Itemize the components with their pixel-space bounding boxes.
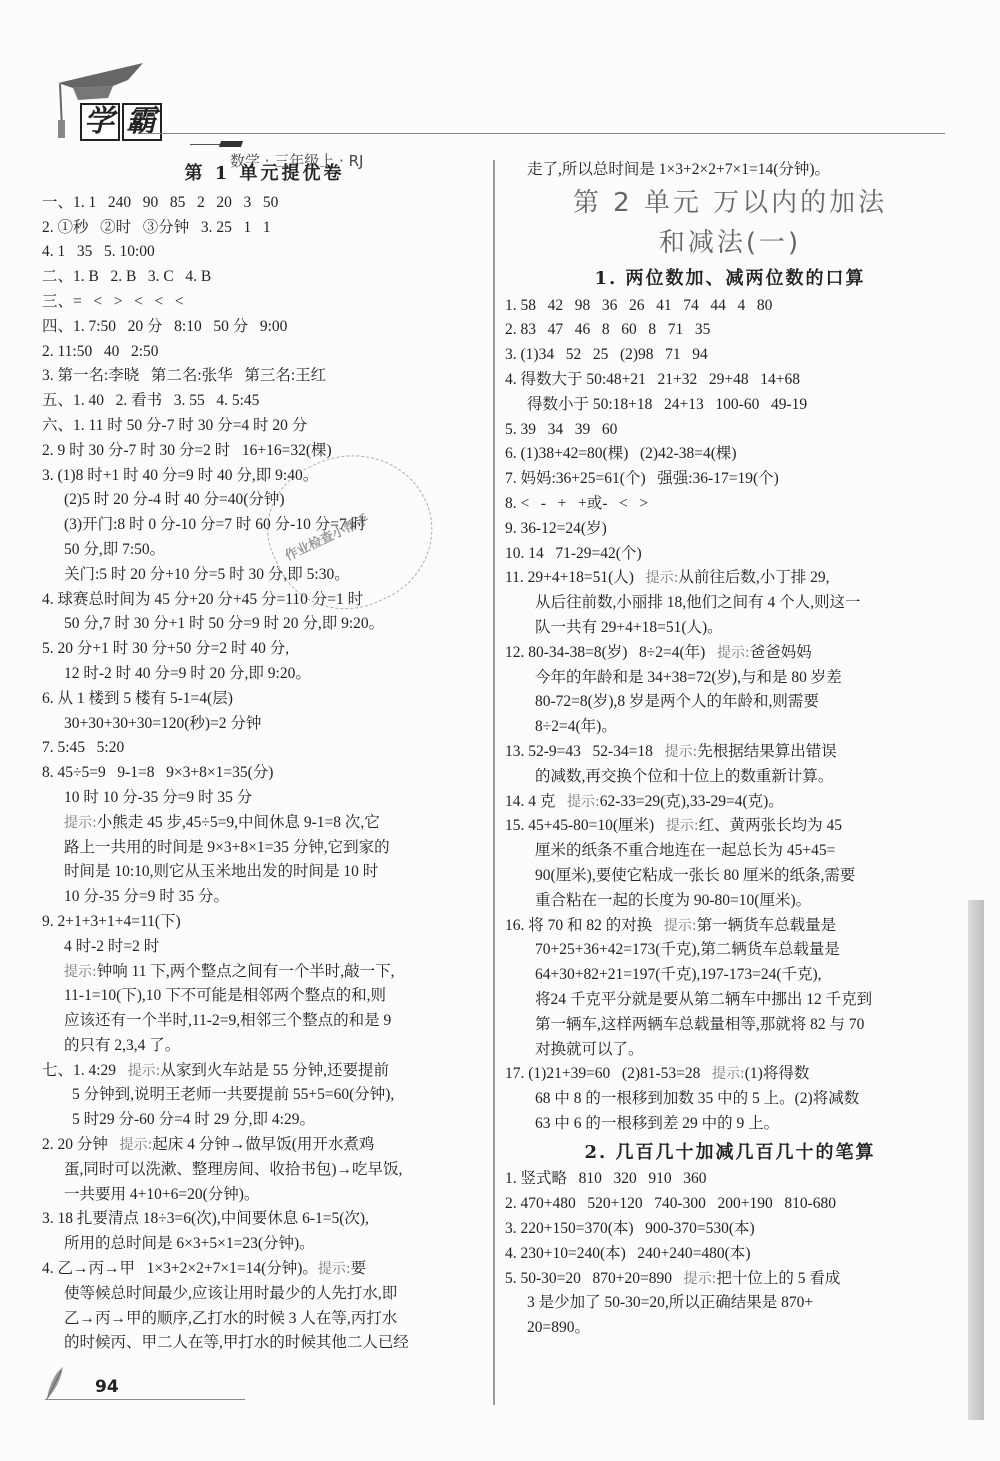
answer-text: 第一辆车,这样两辆车总载量相等,那就将 82 与 70 [535, 1016, 864, 1033]
answer-text: 20=890。 [527, 1319, 590, 1336]
answer-line: 11. 29+4+18=51(人) 提示:从前往后数,小丁排 29, [505, 566, 955, 591]
hint-text: 62-33=29(克),33-29=4(克)。 [600, 793, 784, 810]
answer-line: 三、= < > < < < [42, 290, 487, 315]
answer-line: 12. 80-34-38=8(岁) 8÷2=4(年) 提示:爸爸妈妈 [505, 641, 955, 666]
answer-text: 16. 将 70 和 82 的对换 [505, 917, 664, 934]
brand-logo: 学霸 [80, 103, 164, 141]
answer-line: 队一共有 29+4+18=51(人)。 [505, 616, 955, 641]
answer-line: 4. 乙→丙→甲 1×3+2×2+7×1=14(分钟)。提示:要 [42, 1257, 487, 1282]
answer-text: 三、= < > < < < [42, 293, 184, 310]
answer-line: 厘米的纸条不重合地连在一起总长为 45+45= [505, 839, 955, 864]
answer-text: 厘米的纸条不重合地连在一起总长为 45+45= [535, 842, 835, 859]
answer-text: 2. 470+480 520+120 740-300 200+190 810-6… [505, 1195, 836, 1212]
answer-text: 今年的年龄和是 34+38=72(岁),与和是 80 岁差 [535, 669, 842, 686]
answer-line: 2. ①秒 ②时 ③分钟 3. 25 1 1 [42, 216, 487, 241]
hint-label: 提示: [646, 570, 679, 586]
answer-text: 5. 50-30=20 870+20=890 [505, 1270, 684, 1287]
answer-text: (2)5 时 20 分-4 时 40 分=40(分钟) [64, 491, 285, 508]
answer-line: 4. 230+10=240(本) 240+240=480(本) [505, 1242, 955, 1267]
answer-text: 7. 妈妈:36+25=61(个) 强强:36-17=19(个) [505, 470, 779, 487]
answer-text: 六、1. 11 时 50 分-7 时 30 分=4 时 20 分 [42, 417, 307, 434]
answer-line: 1. 58 42 98 36 26 41 74 44 4 80 [505, 294, 955, 319]
answer-text: 1. 竖式略 810 320 910 360 [505, 1170, 707, 1187]
answer-text: 3. (1)34 52 25 (2)98 71 94 [505, 346, 708, 363]
answer-text: 重合粘在一起的长度为 90-80=10(厘米)。 [535, 892, 811, 909]
answer-line: 今年的年龄和是 34+38=72(岁),与和是 80 岁差 [505, 666, 955, 691]
answer-line: 所用的总时间是 6×3+5×1=23(分钟)。 [42, 1232, 487, 1257]
logo-char-2: 霸 [122, 103, 162, 141]
answer-line: 提示:钟响 11 下,两个整点之间有一个半时,敲一下, [42, 960, 487, 985]
answer-line: 5. 20 分+1 时 30 分+50 分=2 时 40 分, [42, 637, 487, 662]
answer-text: 时间是 10:10,则它从玉米地出发的时间是 10 时 [64, 863, 378, 880]
continuation-line: 走了,所以总时间是 1×3+2×2+7×1=14(分钟)。 [505, 158, 955, 183]
answer-line: 30+30+30+30=120(秒)=2 分钟 [42, 712, 487, 737]
answer-text: 10 时 10 分-35 分=9 时 35 分 [64, 789, 252, 806]
answer-text: 80-72=8(岁),8 岁是两个人的年龄和,则需要 [535, 693, 819, 710]
answer-line: 1. 竖式略 810 320 910 360 [505, 1167, 955, 1192]
answer-line: 10. 14 71-29=42(个) [505, 542, 955, 567]
answer-line: 6. (1)38+42=80(棵) (2)42-38=4(棵) [505, 442, 955, 467]
answer-line: 5 分钟到,说明王老师一共要提前 55+5=60(分钟), [42, 1083, 487, 1108]
hint-text: 先根据结果算出错误 [697, 743, 837, 760]
answer-text: 3. (1)8 时+1 时 40 分=9 时 40 分,即 9:40。 [42, 467, 318, 484]
answer-text: 1. 58 42 98 36 26 41 74 44 4 80 [505, 297, 772, 314]
answer-text: 五、1. 40 2. 看书 3. 55 4. 5:45 [42, 392, 259, 409]
answer-text: 从后往前数,小丽排 18,他们之间有 4 个人,则这一 [535, 594, 861, 611]
answer-line: 3. 18 扎要清点 18÷3=6(次),中间要休息 6-1=5(次), [42, 1207, 487, 1232]
answer-line: 8÷2=4(年)。 [505, 715, 955, 740]
answer-text: 9. 2+1+3+1+4=11(下) [42, 913, 181, 930]
answer-line: 第一辆车,这样两辆车总载量相等,那就将 82 与 70 [505, 1013, 955, 1038]
answer-text: 8. < - + +或- < > [505, 495, 648, 512]
answer-text: 二、1. B 2. B 3. C 4. B [42, 268, 211, 285]
hint-label: 提示: [120, 1137, 153, 1153]
answer-text: 蛋,同时可以洗漱、整理房间、收拾书包)→吃早饭, [64, 1161, 402, 1178]
answer-text: 11. 29+4+18=51(人) [505, 569, 646, 586]
feather-icon [45, 1365, 65, 1401]
answer-text: 13. 52-9=43 52-34=18 [505, 743, 665, 760]
answer-text: 得数小于 50:18+18 24+13 100-60 49-19 [527, 396, 807, 413]
answer-line: 50 分,7 时 30 分+1 时 50 分=9 时 20 分,即 9:20。 [42, 612, 487, 637]
page-edge-shadow [968, 900, 984, 1420]
answer-line: 六、1. 11 时 50 分-7 时 30 分=4 时 20 分 [42, 414, 487, 439]
answer-line: 使等候总时间最少,应该让用时最少的人先打水,即 [42, 1282, 487, 1307]
answer-line: 蛋,同时可以洗漱、整理房间、收拾书包)→吃早饭, [42, 1158, 487, 1183]
hint-label: 提示: [64, 815, 97, 831]
answer-line: 3. 第一名:李晓 第二名:张华 第三名:王红 [42, 364, 487, 389]
hint-text: 把十位上的 5 看成 [716, 1270, 840, 1287]
section-2-answers: 1. 竖式略 810 320 910 3602. 470+480 520+120… [505, 1167, 955, 1341]
hint-text: 要 [351, 1260, 367, 1277]
answer-text: 2. 83 47 46 8 60 8 71 35 [505, 321, 710, 338]
answer-text: 钟响 11 下,两个整点之间有一个半时,敲一下, [97, 963, 395, 980]
answer-text: 3 是少加了 50-30=20,所以正确结果是 870+ [527, 1294, 813, 1311]
answer-line: 90(厘米),要使它粘成一张长 80 厘米的纸条,需要 [505, 864, 955, 889]
hint-text: 从前往后数,小丁排 29, [678, 569, 829, 586]
answer-line: 4. 得数大于 50:48+21 21+32 29+48 14+68 [505, 368, 955, 393]
answer-line: 4 时-2 时=2 时 [42, 935, 487, 960]
answer-text: 12. 80-34-38=8(岁) 8÷2=4(年) [505, 644, 717, 661]
hint-text: (1)将得数 [745, 1065, 810, 1082]
answer-text: 一、1. 1 240 90 85 2 20 3 50 [42, 194, 278, 211]
answer-text: 小熊走 45 步,45÷5=9,中间休息 9-1=8 次,它 [97, 814, 380, 831]
answer-text: 4 时-2 时=2 时 [64, 938, 159, 955]
answer-text: 5 分钟到,说明王老师一共要提前 55+5=60(分钟), [72, 1086, 394, 1103]
answer-text: 4. 1 35 5. 10:00 [42, 243, 155, 260]
answer-line: 从后往前数,小丽排 18,他们之间有 4 个人,则这一 [505, 591, 955, 616]
answer-text: 4. 230+10=240(本) 240+240=480(本) [505, 1245, 751, 1262]
answer-line: 3. (1)34 52 25 (2)98 71 94 [505, 343, 955, 368]
answer-text: 70+25+36+42=173(千克),第二辆货车总载量是 [535, 941, 840, 958]
answer-text: 应该还有一个半时,11-2=9,相邻三个整点的和是 9 [64, 1012, 391, 1029]
logo-line [190, 144, 220, 145]
answer-text: 9. 36-12=24(岁) [505, 520, 607, 537]
answer-text: 11-1=10(下),10 下不可能是相邻两个整点的和,则 [64, 987, 386, 1004]
answer-line: 2. 11:50 40 2:50 [42, 340, 487, 365]
answer-text: 将24 千克平分就是要从第二辆车中挪出 12 千克到 [535, 991, 872, 1008]
answer-line: 7. 妈妈:36+25=61(个) 强强:36-17=19(个) [505, 467, 955, 492]
answer-line: 一共要用 4+10+6=20(分钟)。 [42, 1183, 487, 1208]
answer-line: 提示:小熊走 45 步,45÷5=9,中间休息 9-1=8 次,它 [42, 811, 487, 836]
answer-text: 10. 14 71-29=42(个) [505, 545, 642, 562]
hint-text: 第一辆货车总载量是 [697, 917, 837, 934]
answer-line: 3 是少加了 50-30=20,所以正确结果是 870+ [505, 1291, 955, 1316]
page-header: 学霸 数学 · 三年级上 · RJ [40, 40, 980, 140]
unit-1-title: 第 1 单元提优卷 [42, 162, 487, 187]
answer-text: 15. 45+45-80=10(厘米) [505, 817, 666, 834]
answer-line: 五、1. 40 2. 看书 3. 55 4. 5:45 [42, 389, 487, 414]
answer-text: 2. ①秒 ②时 ③分钟 3. 25 1 1 [42, 219, 271, 236]
hint-text: 起床 4 分钟→做早饭(用开水煮鸡 [152, 1136, 374, 1153]
answer-line: 64+30+82+21=197(千克),197-173=24(千克), [505, 963, 955, 988]
answer-text: 对换就可以了。 [535, 1041, 644, 1058]
answer-text: 2. 20 分钟 [42, 1136, 120, 1153]
answer-line: 路上一共用的时间是 9×3+8×1=35 分钟,它到家的 [42, 836, 487, 861]
answer-line: 63 中 6 的一根移到差 29 中的 9 上。 [505, 1112, 955, 1137]
answer-text: 63 中 6 的一根移到差 29 中的 9 上。 [535, 1115, 779, 1132]
answer-line: 14. 4 克 提示:62-33=29(克),33-29=4(克)。 [505, 790, 955, 815]
section-2-title: 2. 几百几十加减几百几十的笔算 [505, 1141, 955, 1166]
hint-label: 提示: [665, 744, 698, 760]
footer-rule [45, 1399, 245, 1400]
answer-text: 的减数,再交换个位和十位上的数重新计算。 [535, 768, 833, 785]
answer-line: 8. 45÷5=9 9-1=8 9×3+8×1=35(分) [42, 761, 487, 786]
answer-line: 一、1. 1 240 90 85 2 20 3 50 [42, 191, 487, 216]
answer-text: 50 分,7 时 30 分+1 时 50 分=9 时 20 分,即 9:20。 [64, 615, 384, 632]
answer-line: 二、1. B 2. B 3. C 4. B [42, 265, 487, 290]
answer-text: 8÷2=4(年)。 [535, 718, 617, 735]
answer-line: 得数小于 50:18+18 24+13 100-60 49-19 [505, 393, 955, 418]
chapter-2-title-line2: 和减法(一) [505, 223, 955, 263]
answer-line: 3. (1)8 时+1 时 40 分=9 时 40 分,即 9:40。 [42, 464, 487, 489]
answer-line: 2. 470+480 520+120 740-300 200+190 810-6… [505, 1192, 955, 1217]
answer-line: 重合粘在一起的长度为 90-80=10(厘米)。 [505, 889, 955, 914]
answer-line: 4. 球赛总时间为 45 分+20 分+45 分=110 分=1 时 [42, 588, 487, 613]
page-number: 94 [95, 1377, 119, 1397]
answer-line: 2. 83 47 46 8 60 8 71 35 [505, 318, 955, 343]
hint-label: 提示: [712, 1066, 745, 1082]
answer-text: 5. 39 34 39 60 [505, 421, 617, 438]
answer-text: 4. 乙→丙→甲 1×3+2×2+7×1=14(分钟)。 [42, 1260, 318, 1277]
answer-text: 5 时29 分-60 分=4 时 29 分,即 4:29。 [72, 1111, 315, 1128]
hint-label: 提示: [684, 1271, 717, 1287]
answer-line: 乙→丙→甲的顺序,乙打水的时候 3 人在等,丙打水 [42, 1307, 487, 1332]
answer-text: 8. 45÷5=9 9-1=8 9×3+8×1=35(分) [42, 764, 273, 781]
answer-text: 4. 得数大于 50:48+21 21+32 29+48 14+68 [505, 371, 800, 388]
answer-text: 3. 220+150=370(本) 900-370=530(本) [505, 1220, 755, 1237]
hint-label: 提示: [128, 1063, 161, 1079]
answer-text: 3. 18 扎要清点 18÷3=6(次),中间要休息 6-1=5(次), [42, 1210, 369, 1227]
answer-line: 3. 220+150=370(本) 900-370=530(本) [505, 1217, 955, 1242]
right-column: 走了,所以总时间是 1×3+2×2+7×1=14(分钟)。 第 2 单元 万以内… [505, 158, 955, 1341]
answer-text: 所用的总时间是 6×3+5×1=23(分钟)。 [64, 1235, 315, 1252]
logo-char-1: 学 [80, 103, 120, 141]
answer-line: 2. 20 分钟 提示:起床 4 分钟→做早饭(用开水煮鸡 [42, 1133, 487, 1158]
answer-line: 12 时-2 时 40 分=9 时 20 分,即 9:20。 [42, 662, 487, 687]
answer-line: 17. (1)21+39=60 (2)81-53=28 提示:(1)将得数 [505, 1062, 955, 1087]
answer-text: 6. (1)38+42=80(棵) (2)42-38=4(棵) [505, 445, 737, 462]
answer-text: 2. 9 时 30 分-7 时 30 分=2 时 16+16=32(棵) [42, 442, 332, 459]
answer-text: 50 分,即 7:50。 [64, 541, 165, 558]
answer-line: 7. 5:45 5:20 [42, 736, 487, 761]
answer-text: 路上一共用的时间是 9×3+8×1=35 分钟,它到家的 [64, 839, 390, 856]
answer-line: 的时候丙、甲二人在等,甲打水的时候其他二人已经 [42, 1331, 487, 1356]
answer-text: 10 分-35 分=9 时 35 分。 [64, 888, 229, 905]
answer-line: 6. 从 1 楼到 5 楼有 5-1=4(层) [42, 687, 487, 712]
answer-line: 5 时29 分-60 分=4 时 29 分,即 4:29。 [42, 1108, 487, 1133]
header-rule [140, 133, 945, 134]
answer-line: 20=890。 [505, 1316, 955, 1341]
hint-label: 提示: [717, 645, 750, 661]
answer-text: 使等候总时间最少,应该让用时最少的人先打水,即 [64, 1285, 397, 1302]
answer-line: 8. < - + +或- < > [505, 492, 955, 517]
answer-line: 2. 9 时 30 分-7 时 30 分=2 时 16+16=32(棵) [42, 439, 487, 464]
answer-text: 3. 第一名:李晓 第二名:张华 第三名:王红 [42, 367, 326, 384]
answer-line: 4. 1 35 5. 10:00 [42, 240, 487, 265]
section-1-answers: 1. 58 42 98 36 26 41 74 44 4 802. 83 47 … [505, 294, 955, 1137]
hint-text: 爸爸妈妈 [750, 644, 812, 661]
answer-text: 12 时-2 时 40 分=9 时 20 分,即 9:20。 [64, 665, 311, 682]
answer-line: 应该还有一个半时,11-2=9,相邻三个整点的和是 9 [42, 1009, 487, 1034]
answer-text: 一共要用 4+10+6=20(分钟)。 [64, 1186, 259, 1203]
chapter-2-title-line1: 第 2 单元 万以内的加法 [505, 183, 955, 223]
logo-dash [219, 141, 243, 147]
answer-text: 5. 20 分+1 时 30 分+50 分=2 时 40 分, [42, 640, 289, 657]
answer-line: 时间是 10:10,则它从玉米地出发的时间是 10 时 [42, 860, 487, 885]
hint-label: 提示: [666, 818, 699, 834]
hint-text: 从家到火车站是 55 分钟,还要提前 [160, 1062, 389, 1079]
unit-1-answers: 一、1. 1 240 90 85 2 20 3 502. ①秒 ②时 ③分钟 3… [42, 191, 487, 1356]
section-1-title: 1. 两位数加、减两位数的口算 [505, 267, 955, 292]
answer-line: 11-1=10(下),10 下不可能是相邻两个整点的和,则 [42, 984, 487, 1009]
answer-line: 5. 39 34 39 60 [505, 418, 955, 443]
answer-line: 四、1. 7:50 20 分 8:10 50 分 9:00 [42, 315, 487, 340]
answer-line: 将24 千克平分就是要从第二辆车中挪出 12 千克到 [505, 988, 955, 1013]
answer-line: 的只有 2,3,4 了。 [42, 1034, 487, 1059]
answer-line: 10 时 10 分-35 分=9 时 35 分 [42, 786, 487, 811]
stamp-text: 作业检查小帮手 [281, 509, 372, 565]
answer-text: 队一共有 29+4+18=51(人)。 [535, 619, 723, 636]
answer-line: 80-72=8(岁),8 岁是两个人的年龄和,则需要 [505, 690, 955, 715]
answer-line: 对换就可以了。 [505, 1038, 955, 1063]
answer-line: 的减数,再交换个位和十位上的数重新计算。 [505, 765, 955, 790]
answer-text: 30+30+30+30=120(秒)=2 分钟 [64, 715, 261, 732]
answer-text: 14. 4 克 [505, 793, 567, 810]
answer-text: 四、1. 7:50 20 分 8:10 50 分 9:00 [42, 318, 287, 335]
answer-text: 七、1. 4:29 [42, 1062, 128, 1079]
answer-line: 9. 2+1+3+1+4=11(下) [42, 910, 487, 935]
answer-line: 9. 36-12=24(岁) [505, 517, 955, 542]
answer-line: 15. 45+45-80=10(厘米) 提示:红、黄两张长均为 45 [505, 814, 955, 839]
answer-line: 13. 52-9=43 52-34=18 提示:先根据结果算出错误 [505, 740, 955, 765]
answer-text: 7. 5:45 5:20 [42, 739, 124, 756]
answer-line: 10 分-35 分=9 时 35 分。 [42, 885, 487, 910]
hint-label: 提示: [318, 1261, 351, 1277]
column-divider [493, 160, 495, 1405]
answer-line: 5. 50-30=20 870+20=890 提示:把十位上的 5 看成 [505, 1267, 955, 1292]
answer-text: 的只有 2,3,4 了。 [64, 1037, 180, 1054]
hint-label: 提示: [64, 964, 97, 980]
answer-text: 90(厘米),要使它粘成一张长 80 厘米的纸条,需要 [535, 867, 855, 884]
hint-text: 红、黄两张长均为 45 [699, 817, 842, 834]
answer-line: 16. 将 70 和 82 的对换 提示:第一辆货车总载量是 [505, 914, 955, 939]
answer-line: 70+25+36+42=173(千克),第二辆货车总载量是 [505, 938, 955, 963]
answer-text: 的时候丙、甲二人在等,甲打水的时候其他二人已经 [64, 1334, 409, 1351]
answer-text: 乙→丙→甲的顺序,乙打水的时候 3 人在等,丙打水 [64, 1310, 397, 1327]
answer-text: 17. (1)21+39=60 (2)81-53=28 [505, 1065, 712, 1082]
answer-line: 七、1. 4:29 提示:从家到火车站是 55 分钟,还要提前 [42, 1059, 487, 1084]
answer-text: 2. 11:50 40 2:50 [42, 343, 159, 360]
answer-text: 64+30+82+21=197(千克),197-173=24(千克), [535, 966, 822, 983]
answer-line: 68 中 8 的一根移到加数 35 中的 5 上。(2)将减数 [505, 1087, 955, 1112]
hint-label: 提示: [664, 918, 697, 934]
answer-text: 6. 从 1 楼到 5 楼有 5-1=4(层) [42, 690, 233, 707]
hint-label: 提示: [567, 794, 600, 810]
answer-text: 68 中 8 的一根移到加数 35 中的 5 上。(2)将减数 [535, 1090, 859, 1107]
left-column: 第 1 单元提优卷 一、1. 1 240 90 85 2 20 3 502. ①… [42, 160, 487, 1356]
